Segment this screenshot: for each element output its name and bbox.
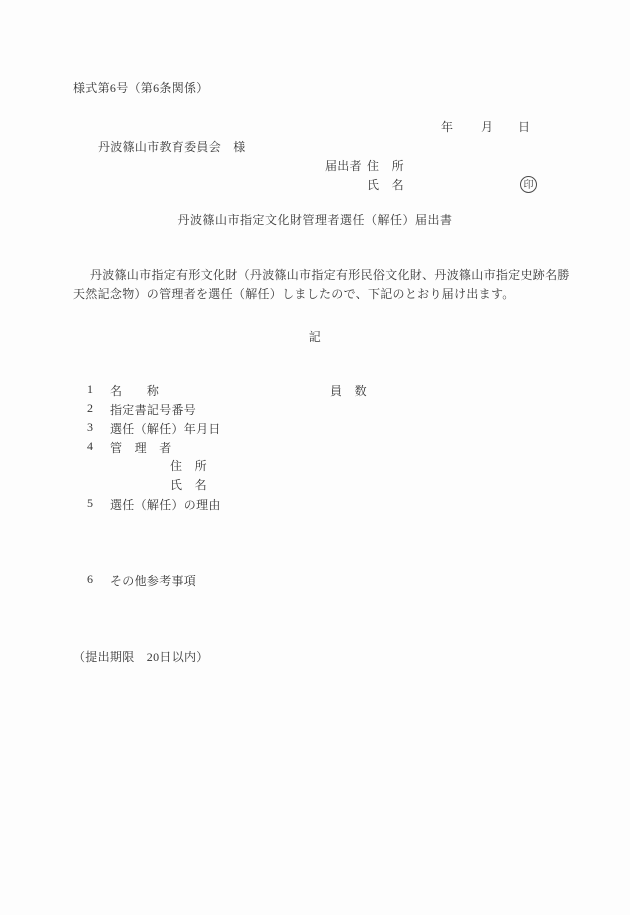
date-year-label: 年 (441, 119, 453, 136)
document-title: 丹波篠山市指定文化財管理者選任（解任）届出書 (0, 212, 630, 229)
item-extra-member-count: 員 数 (330, 382, 367, 399)
item-number: 4 (87, 439, 93, 454)
body-paragraph-line2: 天然記念物）の管理者を選任（解任）しましたので、下記のとおり届け出ます。 (73, 286, 515, 303)
date-day-label: 日 (518, 119, 530, 136)
form-document-page: 様式第6号（第6条関係） 年 月 日 丹波篠山市教育委員会 様 届出者 住 所 … (0, 0, 630, 915)
manager-name-label: 氏 名 (170, 477, 207, 494)
item-label: 指定書記号番号 (110, 401, 196, 418)
seal-mark-icon: 印 (520, 176, 537, 193)
list-item-other-reference: 6 その他参考事項 (0, 572, 630, 589)
submission-deadline-note: （提出期限 20日以内） (73, 649, 209, 666)
item-label: 選任（解任）の理由 (110, 496, 221, 513)
item-number: 1 (87, 382, 93, 397)
date-month-label: 月 (481, 119, 493, 136)
form-number: 様式第6号（第6条関係） (73, 80, 209, 97)
manager-address-label: 住 所 (170, 458, 207, 475)
submitter-address-label: 住 所 (367, 158, 404, 175)
addressee-line: 丹波篠山市教育委員会 様 (98, 139, 246, 156)
item-number: 6 (87, 572, 93, 587)
submitter-label: 届出者 (325, 158, 362, 175)
item-label: その他参考事項 (110, 572, 196, 589)
list-item-manager: 4 管 理 者 (0, 439, 630, 456)
record-heading: 記 (0, 329, 630, 346)
item-number: 5 (87, 496, 93, 511)
list-item-appointment-date: 3 選任（解任）年月日 (0, 420, 630, 437)
item-label: 選任（解任）年月日 (110, 420, 221, 437)
submitter-name-label: 氏 名 (367, 177, 404, 194)
list-item-designation-number: 2 指定書記号番号 (0, 401, 630, 418)
item-number: 3 (87, 420, 93, 435)
body-paragraph-line1: 丹波篠山市指定有形文化財（丹波篠山市指定有形民俗文化財、丹波篠山市指定史跡名勝 (90, 267, 570, 284)
list-item-reason: 5 選任（解任）の理由 (0, 496, 630, 513)
list-item-name: 1 名 称 員 数 (0, 382, 630, 399)
item-number: 2 (87, 401, 93, 416)
item-label: 管 理 者 (110, 439, 172, 456)
item-label: 名 称 (110, 382, 159, 399)
